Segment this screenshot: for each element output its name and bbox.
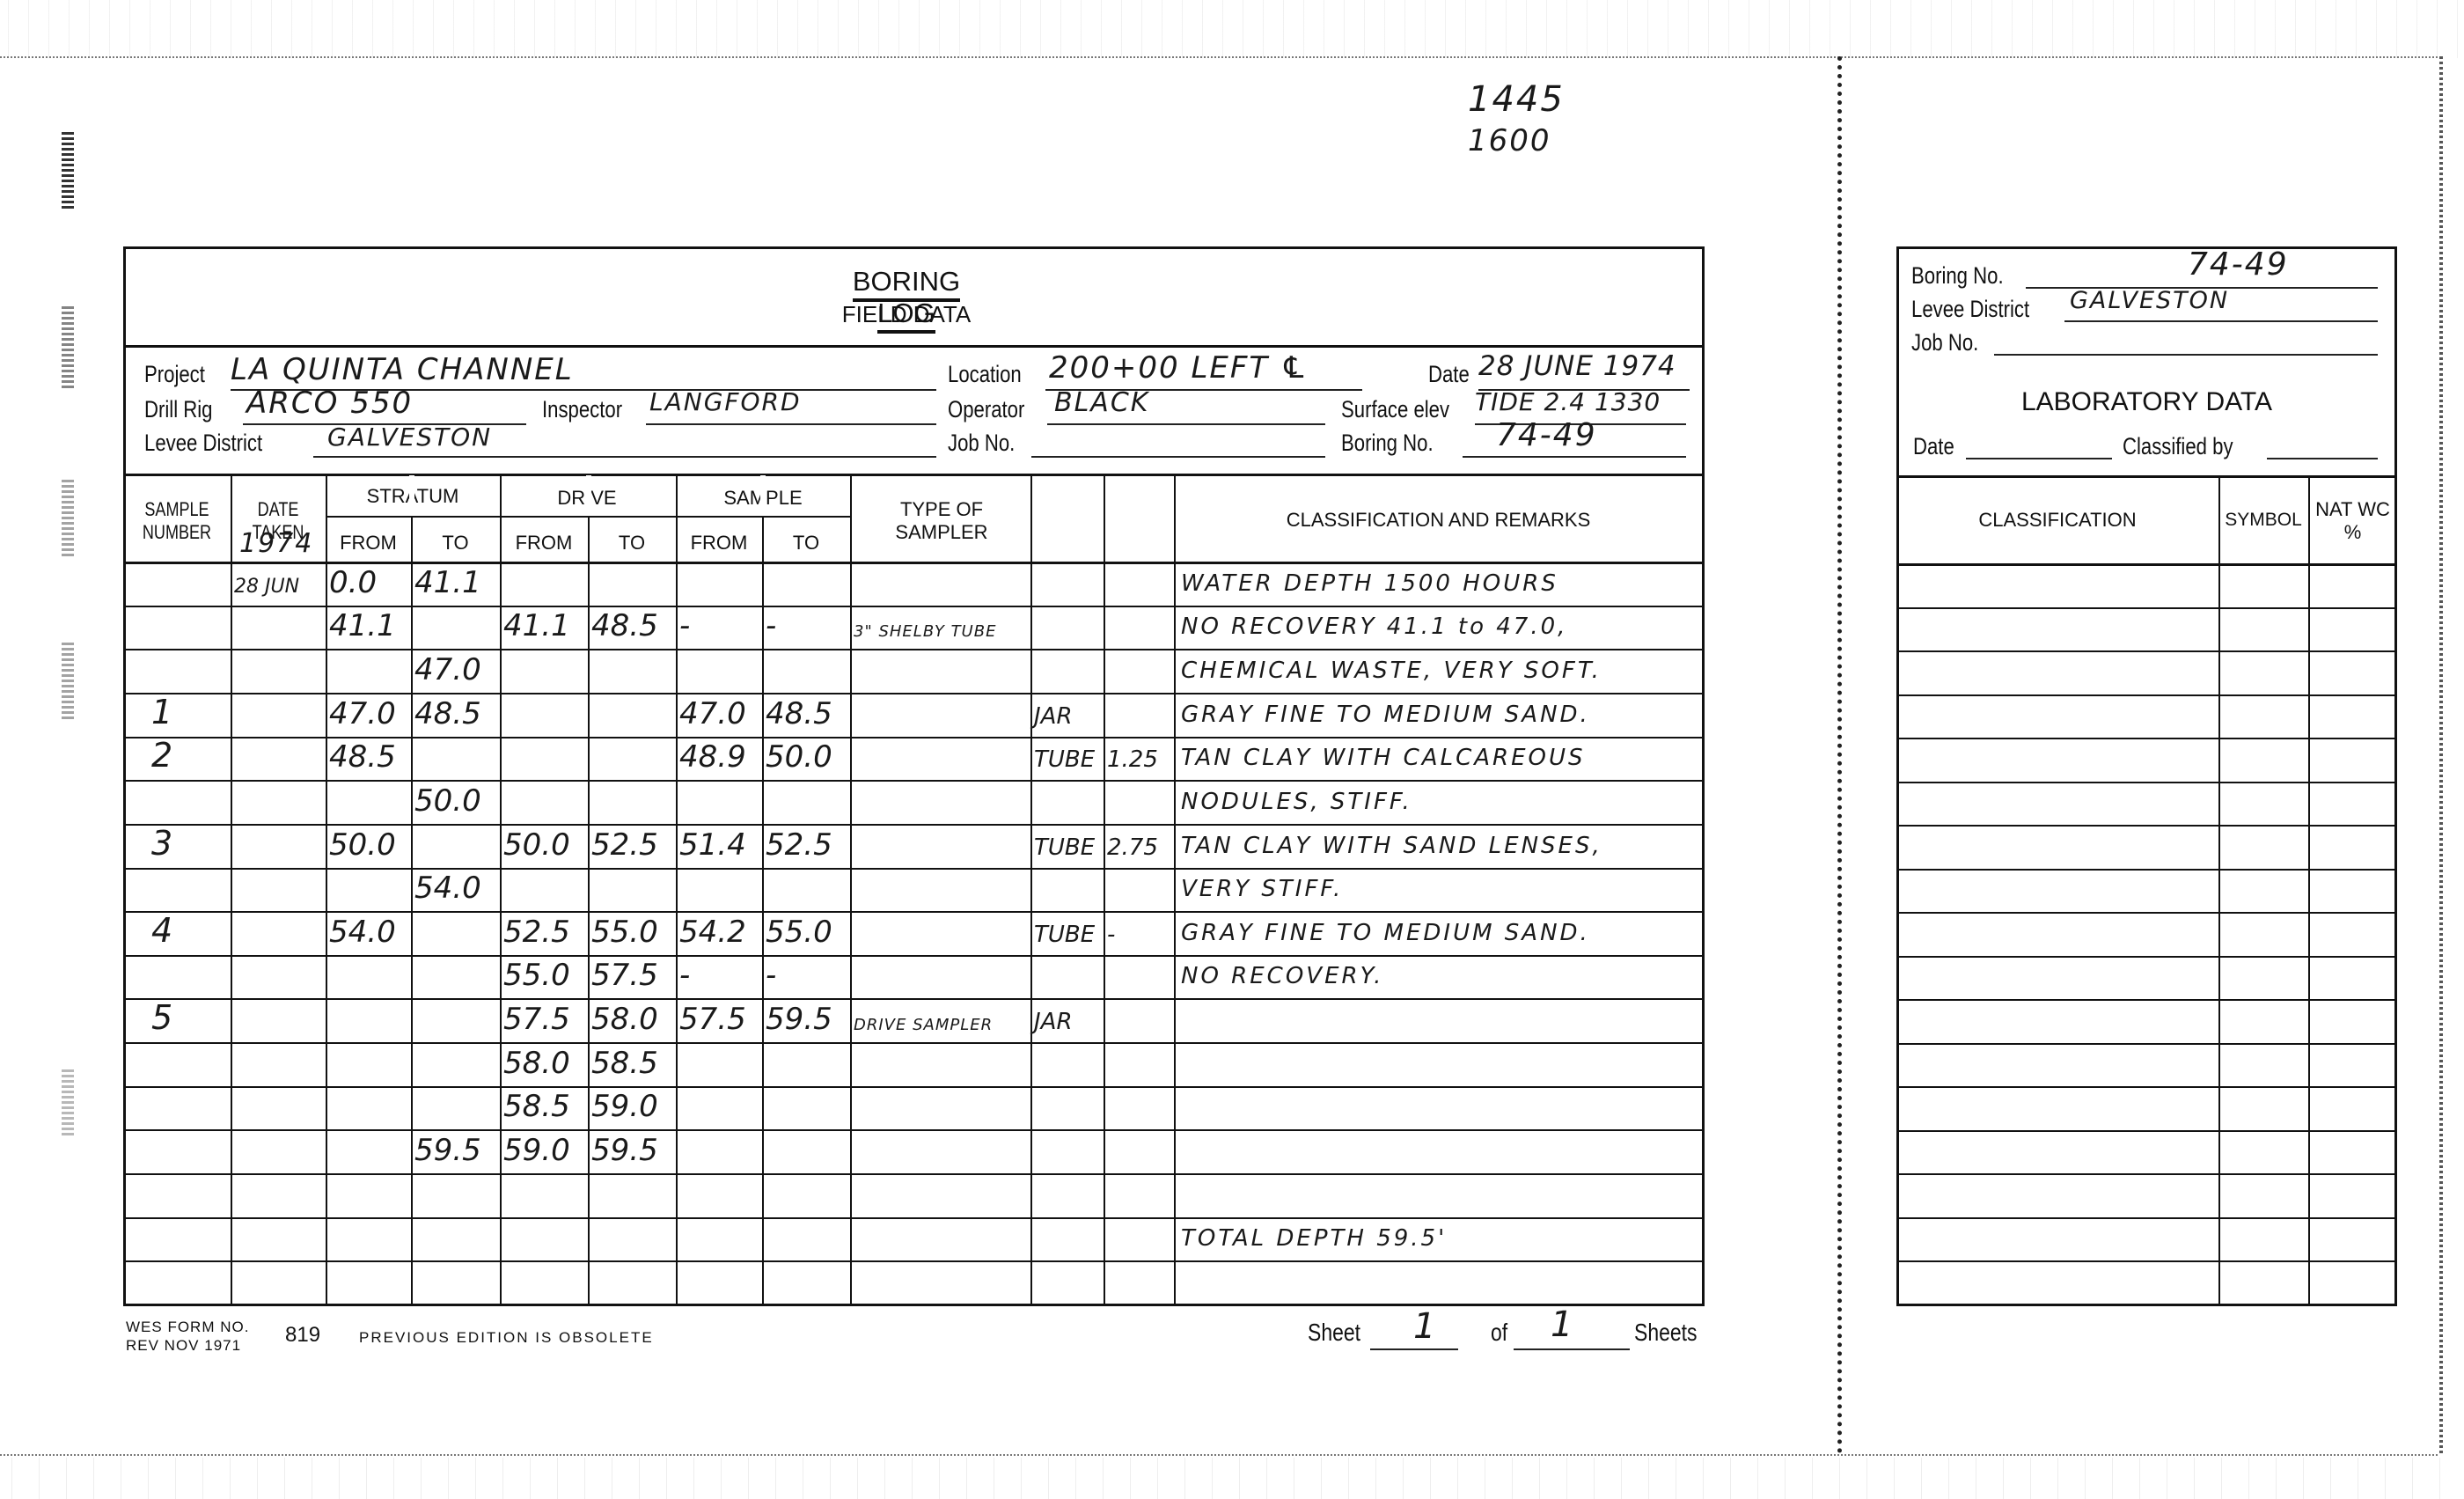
- cell-remarks[interactable]: TOTAL DEPTH 59.5': [1181, 1225, 1700, 1252]
- lab-cell-classification[interactable]: [1896, 782, 2218, 826]
- cell-sample-from[interactable]: 48.9: [679, 739, 760, 775]
- lab-header-nat-wc-unit: %: [2308, 521, 2397, 544]
- lab-cell-nat-wc[interactable]: [2308, 1086, 2397, 1130]
- lab-cell-symbol[interactable]: [2218, 912, 2308, 956]
- sheet-value[interactable]: 1: [1413, 1306, 1437, 1347]
- cell-stratum-to[interactable]: 41.1: [414, 565, 498, 600]
- lab-job-no-label: Job No.: [1911, 329, 1993, 356]
- lab-date-label: Date: [1913, 433, 1963, 460]
- lab-cell-classification[interactable]: [1896, 694, 2218, 738]
- cell-sample-from[interactable]: 47.0: [679, 696, 760, 731]
- rule: [123, 474, 1705, 476]
- mask: [409, 475, 414, 516]
- cell-col-a[interactable]: TUBE: [1034, 922, 1102, 948]
- lab-cell-nat-wc[interactable]: [2308, 563, 2397, 607]
- cell-col-b[interactable]: -: [1107, 922, 1172, 948]
- table-row-divider: [123, 606, 1705, 607]
- cell-drive-to[interactable]: 48.5: [591, 608, 674, 643]
- lab-levee-district-line: [2064, 320, 2378, 322]
- table-row-divider: [123, 649, 1705, 650]
- surface-elev-value[interactable]: TIDE 2.4 1330: [1475, 387, 1661, 416]
- table-row-divider: [123, 998, 1705, 1000]
- lab-cell-classification[interactable]: [1896, 956, 2218, 1000]
- table-row-divider: [123, 780, 1705, 782]
- lab-cell-nat-wc[interactable]: [2308, 1217, 2397, 1261]
- lab-cell-nat-wc[interactable]: [2308, 607, 2397, 651]
- cell-sample[interactable]: 5: [127, 998, 229, 1037]
- of-label: of: [1491, 1319, 1511, 1347]
- perforation-divider: [1837, 56, 1842, 1454]
- lab-cell-nat-wc[interactable]: [2308, 1260, 2397, 1304]
- cell-sample-to[interactable]: -: [766, 958, 848, 993]
- lab-cell-classification[interactable]: [1896, 1130, 2218, 1174]
- table-column-divider: [1174, 474, 1176, 1304]
- header-sample-number: SAMPLE NUMBER: [123, 498, 231, 544]
- table-column-divider: [588, 474, 590, 1304]
- header-sample-to: TO: [762, 532, 850, 555]
- operator-line: [1047, 423, 1325, 425]
- header-classification-remarks: CLASSIFICATION AND REMARKS: [1174, 509, 1703, 532]
- cell-drive-from[interactable]: 52.5: [503, 915, 586, 950]
- cell-sampler-type[interactable]: DRIVE SAMPLER: [854, 1016, 1029, 1034]
- cell-drive-from[interactable]: 59.0: [503, 1133, 586, 1168]
- header-date-year: 1974: [239, 528, 313, 559]
- cell-drive-from[interactable]: 57.5: [503, 1002, 586, 1037]
- cell-date[interactable]: 28 JUN: [234, 576, 324, 598]
- cell-sample[interactable]: 1: [127, 693, 229, 731]
- obsolete-note: PREVIOUS EDITION IS OBSOLETE: [359, 1329, 654, 1347]
- boring-no-value[interactable]: 74-49: [1496, 417, 1597, 453]
- table-row-divider: [123, 737, 1705, 738]
- lab-cell-symbol[interactable]: [2218, 825, 2308, 869]
- cell-remarks[interactable]: GRAY FINE TO MEDIUM SAND.: [1181, 702, 1700, 728]
- lab-cell-classification[interactable]: [1896, 1217, 2218, 1261]
- cell-sample-to[interactable]: 50.0: [766, 739, 848, 775]
- lab-cell-nat-wc[interactable]: [2308, 694, 2397, 738]
- cell-drive-from[interactable]: 58.5: [503, 1089, 586, 1124]
- lab-cell-symbol[interactable]: [2218, 607, 2308, 651]
- binding-mark: [62, 480, 74, 559]
- cell-sample[interactable]: 2: [127, 736, 229, 775]
- cell-stratum-from[interactable]: 50.0: [329, 827, 409, 863]
- table-column-divider: [1030, 474, 1032, 1304]
- table-column-divider: [326, 474, 327, 1304]
- cell-sample-from[interactable]: -: [679, 958, 760, 993]
- lab-header-symbol: SYMBOL: [2218, 509, 2308, 532]
- lab-cell-classification[interactable]: [1896, 563, 2218, 607]
- table-column-divider: [676, 474, 678, 1304]
- levee-district-line: [313, 456, 936, 458]
- header-sample-from: FROM: [676, 532, 762, 555]
- table-row-divider: [123, 868, 1705, 870]
- form-subtitle: FIELD DATA: [792, 301, 1021, 328]
- inspector-line: [646, 423, 936, 425]
- corner-note-2: 1600: [1468, 123, 1551, 158]
- binding-mark: [62, 132, 74, 211]
- lab-cell-classification[interactable]: [1896, 1260, 2218, 1304]
- mask: [586, 475, 591, 516]
- table-row-divider: [123, 1086, 1705, 1088]
- job-no-label: Job No.: [948, 430, 1030, 457]
- lab-cell-symbol[interactable]: [2218, 1130, 2308, 1174]
- cell-sample-to[interactable]: -: [766, 608, 848, 643]
- cell-sample-from[interactable]: 57.5: [679, 1002, 760, 1037]
- lab-cell-nat-wc[interactable]: [2308, 782, 2397, 826]
- table-row-divider: [123, 1129, 1705, 1131]
- rule: [123, 345, 1705, 348]
- lab-cell-symbol[interactable]: [2218, 1217, 2308, 1261]
- lab-boring-no-label: Boring No.: [1911, 262, 2024, 290]
- lab-cell-symbol[interactable]: [2218, 869, 2308, 913]
- lab-levee-district-value[interactable]: GALVESTON: [2070, 287, 2229, 314]
- lab-cell-symbol[interactable]: [2218, 1173, 2308, 1217]
- levee-district-label: Levee District: [144, 430, 289, 457]
- project-value[interactable]: LA QUINTA CHANNEL: [231, 352, 574, 387]
- lab-levee-district-label: Levee District: [1911, 296, 2056, 323]
- lab-cell-nat-wc[interactable]: [2308, 956, 2397, 1000]
- table-row-divider: [123, 693, 1705, 694]
- lab-cell-nat-wc[interactable]: [2308, 650, 2397, 694]
- lab-cell-classification[interactable]: [1896, 1043, 2218, 1087]
- header-drive-to: TO: [588, 532, 676, 555]
- table-row-divider: [123, 1173, 1705, 1175]
- scan-noise-top: [0, 0, 2464, 58]
- of-line: [1514, 1348, 1630, 1350]
- of-value[interactable]: 1: [1551, 1304, 1574, 1345]
- header-rule: [123, 562, 1705, 564]
- inspector-value[interactable]: LANGFORD: [649, 387, 802, 416]
- cell-remarks[interactable]: GRAY FINE TO MEDIUM SAND.: [1181, 920, 1700, 946]
- cell-drive-to[interactable]: 57.5: [591, 958, 674, 993]
- cell-remarks[interactable]: CHEMICAL WASTE, VERY SOFT.: [1181, 658, 1700, 684]
- table-row-divider: [123, 824, 1705, 826]
- lab-cell-symbol[interactable]: [2218, 782, 2308, 826]
- form-no-line2: REV NOV 1971: [126, 1336, 249, 1355]
- lab-header-classification: CLASSIFICATION: [1896, 509, 2218, 532]
- cell-stratum-to[interactable]: 59.5: [414, 1133, 498, 1168]
- group-header-rule: [326, 516, 850, 518]
- corner-note-1: 1445: [1468, 79, 1565, 120]
- cell-sampler-type[interactable]: 3" SHELBY TUBE: [854, 622, 1029, 641]
- cell-sample-to[interactable]: 52.5: [766, 827, 848, 863]
- cell-col-a[interactable]: JAR: [1034, 1009, 1102, 1035]
- lab-cell-classification[interactable]: [1896, 912, 2218, 956]
- page-top-edge: [0, 56, 2438, 58]
- cell-drive-from[interactable]: 58.0: [503, 1046, 586, 1081]
- cell-sample-to[interactable]: 55.0: [766, 915, 848, 950]
- cell-drive-to[interactable]: 55.0: [591, 915, 674, 950]
- table-column-divider: [850, 474, 852, 1304]
- lab-title: LABORATORY DATA: [1896, 387, 2397, 417]
- cell-col-b[interactable]: 2.75: [1107, 834, 1172, 861]
- operator-label: Operator: [948, 396, 1042, 423]
- sheet-label: Sheet: [1308, 1319, 1372, 1347]
- cell-remarks[interactable]: TAN CLAY WITH SAND LENSES,: [1181, 833, 1700, 859]
- lab-job-no-line: [1994, 354, 2378, 356]
- header-stratum-from: FROM: [326, 532, 411, 555]
- lab-cell-symbol[interactable]: [2218, 694, 2308, 738]
- cell-col-b[interactable]: 1.25: [1107, 746, 1172, 773]
- lab-cell-nat-wc[interactable]: [2308, 1043, 2397, 1087]
- lab-cell-classification[interactable]: [1896, 607, 2218, 651]
- lab-date-line: [1966, 458, 2112, 459]
- boring-no-line: [1463, 456, 1686, 458]
- table-column-divider: [1104, 474, 1105, 1304]
- cell-drive-to[interactable]: 58.0: [591, 1002, 674, 1037]
- date-label: Date: [1428, 361, 1478, 388]
- lab-header-nat-wc: NAT WC: [2308, 498, 2397, 521]
- lab-cell-nat-wc[interactable]: [2308, 912, 2397, 956]
- cell-sample-to[interactable]: 59.5: [766, 1002, 848, 1037]
- lab-cell-symbol[interactable]: [2218, 650, 2308, 694]
- cell-sample-from[interactable]: 51.4: [679, 827, 760, 863]
- cell-stratum-to[interactable]: 50.0: [414, 783, 498, 819]
- lab-cell-classification[interactable]: [1896, 738, 2218, 782]
- binding-mark: [62, 306, 74, 390]
- lab-cell-nat-wc[interactable]: [2308, 999, 2397, 1043]
- sheets-label: Sheets: [1634, 1319, 1711, 1347]
- project-label: Project: [144, 361, 218, 388]
- cell-remarks[interactable]: NODULES, STIFF.: [1181, 789, 1700, 815]
- cell-stratum-to[interactable]: 48.5: [414, 696, 498, 731]
- lab-cell-symbol[interactable]: [2218, 1260, 2308, 1304]
- form-number: 819: [285, 1323, 320, 1348]
- header-type-of-sampler: TYPE OF SAMPLER: [871, 498, 1012, 544]
- cell-drive-to[interactable]: 52.5: [591, 827, 674, 863]
- table-row-divider: [123, 1042, 1705, 1044]
- location-value[interactable]: 200+00 LEFT ℄: [1049, 350, 1309, 386]
- table-row-divider: [123, 955, 1705, 957]
- cell-stratum-to[interactable]: 47.0: [414, 652, 498, 687]
- lab-cell-classification[interactable]: [1896, 1086, 2218, 1130]
- lab-cell-classification[interactable]: [1896, 825, 2218, 869]
- table-column-divider: [500, 474, 502, 1304]
- lab-cell-classification[interactable]: [1896, 869, 2218, 913]
- levee-district-value[interactable]: GALVESTON: [327, 423, 492, 452]
- binding-mark: [62, 1069, 74, 1135]
- table-row-divider: [123, 1260, 1705, 1262]
- page-bottom-edge: [0, 1454, 2438, 1456]
- table-row-divider: [123, 1217, 1705, 1219]
- operator-value[interactable]: BLACK: [1054, 387, 1149, 418]
- cell-sample[interactable]: 3: [127, 824, 229, 863]
- cell-drive-from[interactable]: 41.1: [503, 608, 586, 643]
- scan-noise-bottom: [0, 1458, 2464, 1499]
- surface-elev-label: Surface elev: [1341, 396, 1473, 423]
- lab-cell-classification[interactable]: [1896, 999, 2218, 1043]
- form-number-block: WES FORM NO. REV NOV 1971: [126, 1318, 249, 1355]
- cell-stratum-from[interactable]: 41.1: [329, 608, 409, 643]
- table-column-divider: [762, 474, 764, 1304]
- cell-remarks[interactable]: TAN CLAY WITH CALCAREOUS: [1181, 745, 1700, 771]
- date-value[interactable]: 28 JUNE 1974: [1478, 350, 1676, 382]
- header-stratum-to: TO: [411, 532, 500, 555]
- lab-classified-by-label: Classified by: [2123, 433, 2257, 460]
- mask: [760, 475, 766, 516]
- cell-drive-to[interactable]: 58.5: [591, 1046, 674, 1081]
- cell-remarks[interactable]: WATER DEPTH 1500 HOURS: [1181, 570, 1700, 597]
- cell-remarks[interactable]: VERY STIFF.: [1181, 876, 1700, 902]
- lab-boring-no-value[interactable]: 74-49: [2188, 246, 2289, 283]
- cell-stratum-to[interactable]: 54.0: [414, 871, 498, 906]
- cell-stratum-from[interactable]: 0.0: [329, 565, 409, 600]
- cell-stratum-from[interactable]: 48.5: [329, 739, 409, 775]
- table-column-divider: [231, 474, 232, 1304]
- cell-drive-from[interactable]: 55.0: [503, 958, 586, 993]
- sheet-line: [1370, 1348, 1458, 1350]
- form-no-line1: WES FORM NO.: [126, 1318, 249, 1336]
- lab-cell-nat-wc[interactable]: [2308, 869, 2397, 913]
- lab-cell-symbol[interactable]: [2218, 738, 2308, 782]
- cell-drive-to[interactable]: 59.5: [591, 1133, 674, 1168]
- boring-no-label: Boring No.: [1341, 430, 1454, 457]
- cell-drive-to[interactable]: 59.0: [591, 1089, 674, 1124]
- lab-cell-nat-wc[interactable]: [2308, 825, 2397, 869]
- lab-cell-classification[interactable]: [1896, 1173, 2218, 1217]
- rule: [1896, 475, 2397, 478]
- location-label: Location: [948, 361, 1038, 388]
- lab-cell-symbol[interactable]: [2218, 1086, 2308, 1130]
- cell-sample-to[interactable]: 48.5: [766, 696, 848, 731]
- lab-cell-symbol[interactable]: [2218, 563, 2308, 607]
- cell-stratum-from[interactable]: 47.0: [329, 696, 409, 731]
- cell-col-a[interactable]: TUBE: [1034, 746, 1102, 773]
- binding-mark: [62, 643, 74, 722]
- cell-sample-from[interactable]: 54.2: [679, 915, 760, 950]
- lab-cell-nat-wc[interactable]: [2308, 1130, 2397, 1174]
- lab-cell-symbol[interactable]: [2218, 1043, 2308, 1087]
- cell-remarks[interactable]: NO RECOVERY 41.1 to 47.0,: [1181, 614, 1700, 640]
- lab-cell-nat-wc[interactable]: [2308, 1173, 2397, 1217]
- page-right-edge: [2439, 56, 2443, 1456]
- drill-rig-value[interactable]: ARCO 550: [246, 386, 413, 421]
- lab-cell-symbol[interactable]: [2218, 956, 2308, 1000]
- lab-cell-symbol[interactable]: [2218, 999, 2308, 1043]
- job-no-line: [1031, 456, 1325, 458]
- lab-cell-nat-wc[interactable]: [2308, 738, 2397, 782]
- table-row-divider: [123, 911, 1705, 913]
- cell-col-a[interactable]: JAR: [1034, 703, 1102, 730]
- drill-rig-label: Drill Rig: [144, 396, 228, 423]
- lab-cell-classification[interactable]: [1896, 650, 2218, 694]
- cell-remarks[interactable]: NO RECOVERY.: [1181, 963, 1700, 989]
- cell-col-a[interactable]: TUBE: [1034, 834, 1102, 861]
- table-column-divider: [411, 474, 413, 1304]
- cell-sample-from[interactable]: -: [679, 608, 760, 643]
- cell-sample[interactable]: 4: [127, 911, 229, 950]
- inspector-label: Inspector: [542, 396, 640, 423]
- cell-stratum-from[interactable]: 54.0: [329, 915, 409, 950]
- cell-drive-from[interactable]: 50.0: [503, 827, 586, 863]
- header-drive-from: FROM: [500, 532, 588, 555]
- lab-classified-by-line: [2267, 458, 2378, 459]
